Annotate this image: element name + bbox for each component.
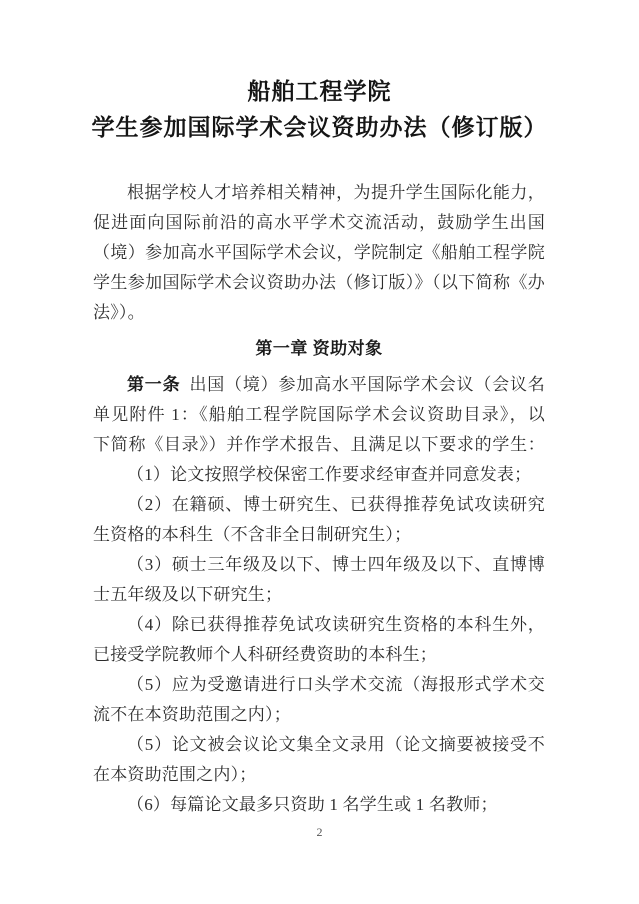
article-number-bold: 第一条 [127, 375, 180, 394]
paragraph-line: 法》）。 [93, 298, 545, 328]
document-title-line-1: 船舶工程学院 [0, 74, 639, 110]
section-heading: 第一章 资助对象 [93, 334, 545, 364]
paragraph-line: 学生参加国际学术会议资助办法（修订版）》（以下简称《办 [93, 268, 545, 298]
paragraph-line: （5）应为受邀请进行口头学术交流（海报形式学术交 [93, 670, 545, 700]
paragraph-line: （1）论文按照学校保密工作要求经审查并同意发表； [93, 460, 545, 490]
paragraph-line: （境）参加高水平国际学术会议，学院制定《船舶工程学院 [93, 238, 545, 268]
paragraph-line: 下简称《目录》）并作学术报告、且满足以下要求的学生： [93, 430, 545, 460]
paragraph-line: 已接受学院教师个人科研经费资助的本科生； [93, 640, 545, 670]
paragraph-line: 在本资助范围之内）； [93, 760, 545, 790]
paragraph-line: 流不在本资助范围之内）； [93, 700, 545, 730]
document-page: 船舶工程学院 学生参加国际学术会议资助办法（修订版） 根据学校人才培养相关精神，… [0, 0, 639, 904]
paragraph-line: 单见附件 1：《船舶工程学院国际学术会议资助目录》，以 [93, 400, 545, 430]
document-title: 船舶工程学院 学生参加国际学术会议资助办法（修订版） [0, 74, 639, 146]
paragraph-line: 促进面向国际前沿的高水平学术交流活动，鼓励学生出国 [93, 208, 545, 238]
paragraph-line: （6）每篇论文最多只资助 1 名学生或 1 名教师； [93, 790, 545, 820]
paragraph-line: 根据学校人才培养相关精神，为提升学生国际化能力， [93, 178, 545, 208]
page-number: 2 [0, 825, 639, 839]
paragraph-line: 士五年级及以下研究生； [93, 580, 545, 610]
paragraph-line: 第一条出国（境）参加高水平国际学术会议（会议名 [93, 370, 545, 400]
paragraph-line: 生资格的本科生（不含非全日制研究生）； [93, 520, 545, 550]
document-title-line-2: 学生参加国际学术会议资助办法（修订版） [0, 110, 639, 146]
paragraph-line: （3）硕士三年级及以下、博士四年级及以下、直博博 [93, 550, 545, 580]
paragraph-line: （2）在籍硕、博士研究生、已获得推荐免试攻读研究 [93, 490, 545, 520]
paragraph-line: （4）除已获得推荐免试攻读研究生资格的本科生外， [93, 610, 545, 640]
document-body: 根据学校人才培养相关精神，为提升学生国际化能力，促进面向国际前沿的高水平学术交流… [93, 178, 545, 820]
paragraph-line: （5）论文被会议论文集全文录用（论文摘要被接受不 [93, 730, 545, 760]
